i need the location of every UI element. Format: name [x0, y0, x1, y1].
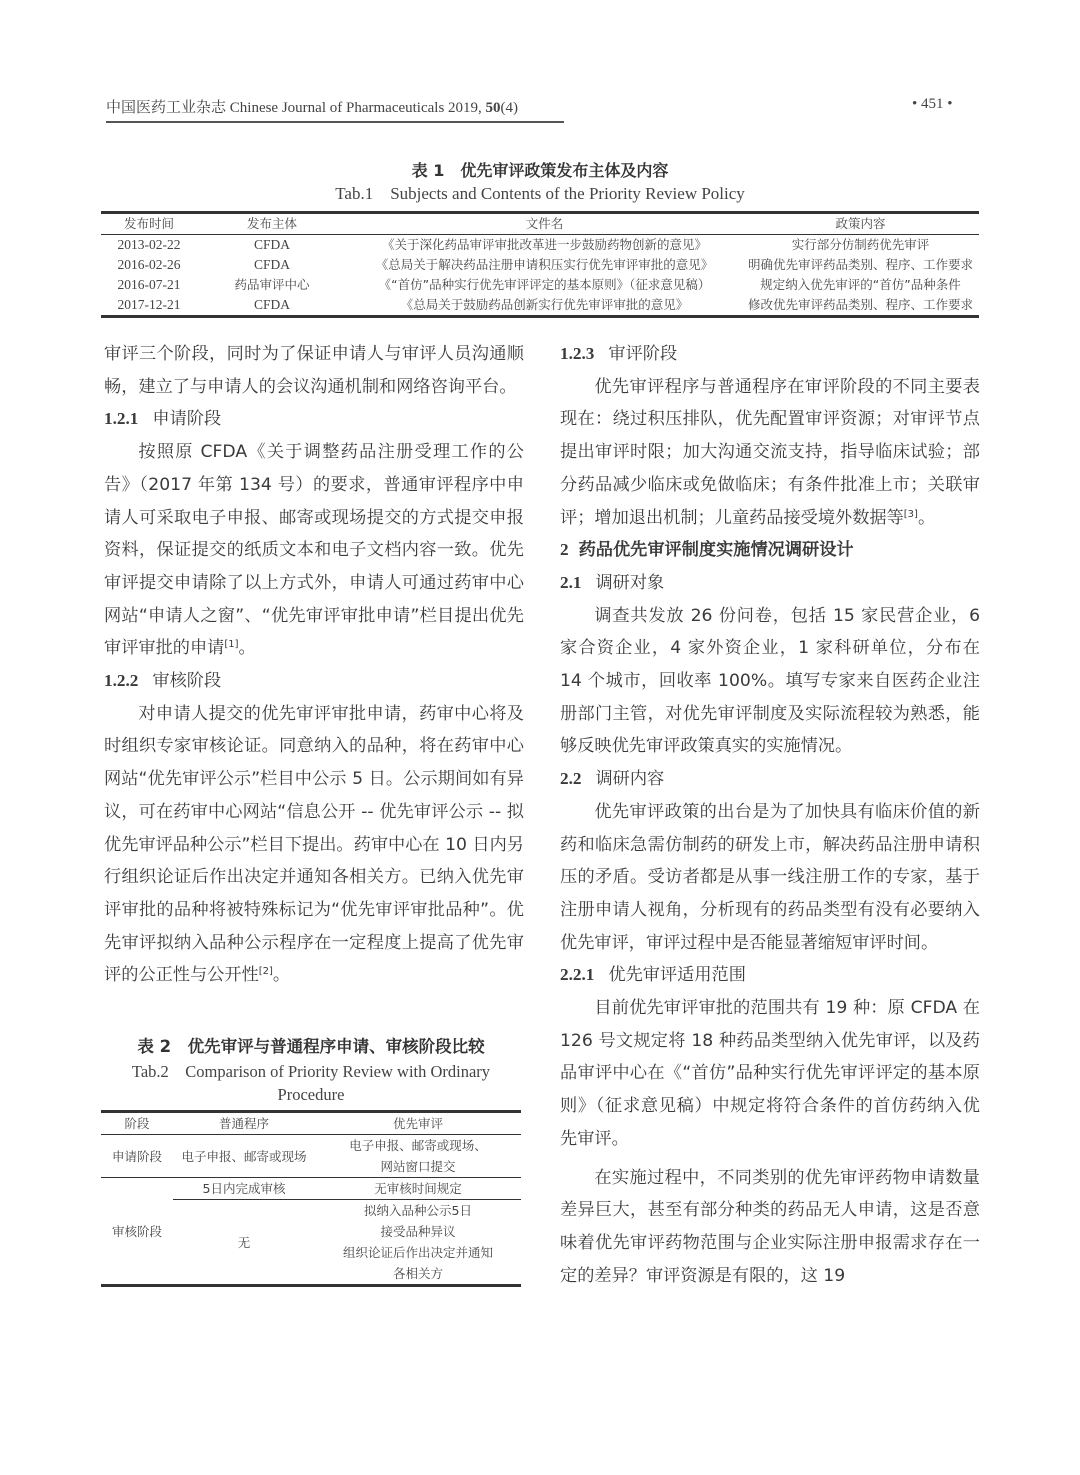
cell-content: 规定纳入优先审评的“首仿”品种条件	[742, 275, 979, 295]
cell-date: 2016-02-26	[101, 255, 197, 275]
paragraph-end: 。	[273, 965, 290, 985]
cell-priority: 电子申报、邮寄或现场、 网站窗口提交	[315, 1135, 521, 1178]
table1-col-document: 文件名	[347, 213, 742, 235]
cell-priority: 拟纳入品种公示5日 接受品种异议 组织论证后作出决定并通知 各相关方	[315, 1200, 521, 1286]
table2-col-ordinary: 普通程序	[173, 1112, 315, 1135]
table2: 阶段 普通程序 优先审评 申请阶段 电子申报、邮寄或现场 电子申报、邮寄或现场、…	[101, 1110, 521, 1287]
section-title: 申请阶段	[152, 409, 221, 429]
table-row: 2016-02-26 CFDA 《总局关于解决药品注册申请积压实行优先审评审批的…	[101, 255, 979, 275]
table1-caption-en: Tab.1 Subjects and Contents of the Prior…	[100, 182, 980, 206]
section-heading-2-2-1: 2.2.1优先审评适用范围	[560, 959, 980, 992]
section-heading-1-2-1: 1.2.1申请阶段	[104, 403, 524, 436]
paragraph: 审评三个阶段，同时为了保证申请人与审评人员沟通顺畅，建立了与申请人的会议沟通机制…	[104, 338, 524, 403]
cell-issuer: CFDA	[197, 235, 347, 256]
table-row: 申请阶段 电子申报、邮寄或现场 电子申报、邮寄或现场、 网站窗口提交	[101, 1135, 521, 1178]
table-row: 2016-07-21 药品审评中心 《“首仿”品种实行优先审评评定的基本原则》（…	[101, 275, 979, 295]
paragraph: 目前优先审评审批的范围共有 19 种：原 CFDA 在 126 号文规定将 18…	[560, 992, 980, 1156]
table1-col-issuer: 发布主体	[197, 213, 347, 235]
table1: 发布时间 发布主体 文件名 政策内容 2013-02-22 CFDA 《关于深化…	[101, 211, 979, 318]
paragraph: 优先审评政策的出台是为了加快具有临床价值的新药和临床急需仿制药的研发上市，解决药…	[560, 796, 980, 960]
section-heading-1-2-2: 1.2.2审核阶段	[104, 665, 524, 698]
table1-col-content: 政策内容	[742, 213, 979, 235]
cell-date: 2017-12-21	[101, 295, 197, 317]
cell-line: 组织论证后作出决定并通知	[315, 1242, 521, 1263]
section-title: 调研内容	[595, 769, 664, 789]
paragraph-text: 对申请人提交的优先审评审批申请，药审中心将及时组织专家审核论证。同意纳入的品种，…	[104, 704, 524, 986]
journal-name-zh: 中国医药工业杂志	[106, 100, 226, 116]
section-title: 审评阶段	[608, 344, 677, 364]
section-number: 2.2	[560, 769, 581, 788]
table1-caption: 表 1 优先审评政策发布主体及内容 Tab.1 Subjects and Con…	[100, 160, 980, 206]
section-number: 1.2.2	[104, 671, 138, 690]
left-column: 审评三个阶段，同时为了保证申请人与审评人员沟通顺畅，建立了与申请人的会议沟通机制…	[104, 338, 524, 992]
table2-header-row: 阶段 普通程序 优先审评	[101, 1112, 521, 1135]
table-row: 2017-12-21 CFDA 《总局关于鼓励药品创新实行优先审评审批的意见》 …	[101, 295, 979, 317]
table2-caption-zh: 表 2 优先审评与普通程序申请、审核阶段比较	[100, 1034, 522, 1060]
cell-line: 拟纳入品种公示5日	[315, 1200, 521, 1221]
paragraph: 在实施过程中，不同类别的优先审评药物申请数量差异巨大，甚至有部分种类的药品无人申…	[560, 1162, 980, 1293]
table2-caption-en-line2: Procedure	[100, 1083, 522, 1106]
section-number: 1.2.1	[104, 409, 138, 428]
section-number: 2.2.1	[560, 965, 594, 984]
cell-issuer: 药品审评中心	[197, 275, 347, 295]
cell-stage: 审核阶段	[101, 1178, 173, 1286]
paragraph: 优先审评程序与普通程序在审评阶段的不同主要表现在：绕过积压排队，优先配置审评资源…	[560, 371, 980, 535]
cell-document: 《关于深化药品审评审批改革进一步鼓励药物创新的意见》	[347, 235, 742, 256]
table2-col-priority: 优先审评	[315, 1112, 521, 1135]
cell-priority: 无审核时间规定	[315, 1178, 521, 1200]
section-number: 1.2.3	[560, 344, 594, 363]
cell-content: 实行部分仿制药优先审评	[742, 235, 979, 256]
paragraph: 按照原 CFDA《关于调整药品注册受理工作的公告》（2017 年第 134 号）…	[104, 436, 524, 665]
cell-line: 网站窗口提交	[315, 1156, 521, 1177]
cell-line: 电子申报、邮寄或现场、	[315, 1135, 521, 1156]
table-row: 2013-02-22 CFDA 《关于深化药品审评审批改革进一步鼓励药物创新的意…	[101, 235, 979, 256]
section-title: 调研对象	[595, 573, 664, 593]
right-column: 1.2.3审评阶段 优先审评程序与普通程序在审评阶段的不同主要表现在：绕过积压排…	[560, 338, 980, 1292]
cell-date: 2013-02-22	[101, 235, 197, 256]
cell-content: 修改优先审评药品类别、程序、工作要求	[742, 295, 979, 317]
paragraph: 对申请人提交的优先审评审批申请，药审中心将及时组织专家审核论证。同意纳入的品种，…	[104, 698, 524, 992]
cell-issuer: CFDA	[197, 255, 347, 275]
cell-line: 接受品种异议	[315, 1221, 521, 1242]
section-title: 优先审评适用范围	[608, 965, 746, 985]
table1-caption-zh: 表 1 优先审评政策发布主体及内容	[100, 160, 980, 182]
cell-document: 《总局关于鼓励药品创新实行优先审评审批的意见》	[347, 295, 742, 317]
section-heading-2-1: 2.1调研对象	[560, 567, 980, 600]
section-number: 2.1	[560, 573, 581, 592]
cell-ordinary: 电子申报、邮寄或现场	[173, 1135, 315, 1178]
section-title: 药品优先审评制度实施情况调研设计	[579, 540, 854, 560]
cell-stage: 申请阶段	[101, 1135, 173, 1178]
table1-header-row: 发布时间 发布主体 文件名 政策内容	[101, 213, 979, 235]
running-header: 中国医药工业杂志 Chinese Journal of Pharmaceutic…	[106, 96, 564, 123]
journal-issue: (4)	[501, 100, 519, 116]
cell-line: 各相关方	[315, 1263, 521, 1284]
citation-ref: [3]	[904, 509, 918, 520]
section-heading-2: 2药品优先审评制度实施情况调研设计	[560, 534, 980, 567]
journal-volume: 50	[486, 100, 501, 116]
table1-col-date: 发布时间	[101, 213, 197, 235]
paragraph: 调查共发放 26 份问卷，包括 15 家民营企业，6 家合资企业，4 家外资企业…	[560, 600, 980, 764]
paragraph-text: 优先审评程序与普通程序在审评阶段的不同主要表现在：绕过积压排队，优先配置审评资源…	[560, 377, 980, 528]
citation-ref: [1]	[224, 639, 238, 650]
table-row: 审核阶段 5日内完成审核 无审核时间规定	[101, 1178, 521, 1200]
journal-name-en: Chinese Journal of Pharmaceuticals 2019,	[230, 100, 482, 116]
cell-date: 2016-07-21	[101, 275, 197, 295]
section-heading-1-2-3: 1.2.3审评阶段	[560, 338, 980, 371]
section-title: 审核阶段	[152, 671, 221, 691]
paragraph-end: 。	[918, 508, 935, 528]
section-heading-2-2: 2.2调研内容	[560, 763, 980, 796]
cell-document: 《“首仿”品种实行优先审评评定的基本原则》（征求意见稿）	[347, 275, 742, 295]
page-number: • 451 •	[912, 96, 953, 113]
cell-content: 明确优先审评药品类别、程序、工作要求	[742, 255, 979, 275]
cell-document: 《总局关于解决药品注册申请积压实行优先审评审批的意见》	[347, 255, 742, 275]
paragraph-end: 。	[239, 638, 256, 658]
cell-ordinary: 5日内完成审核	[173, 1178, 315, 1200]
table2-caption: 表 2 优先审评与普通程序申请、审核阶段比较 Tab.2 Comparison …	[100, 1034, 522, 1106]
cell-ordinary: 无	[173, 1200, 315, 1286]
journal-page: 中国医药工业杂志 Chinese Journal of Pharmaceutic…	[0, 0, 1080, 1475]
citation-ref: [2]	[259, 966, 273, 977]
paragraph-text: 按照原 CFDA《关于调整药品注册受理工作的公告》（2017 年第 134 号）…	[104, 442, 524, 658]
section-number: 2	[560, 540, 569, 559]
table2-col-stage: 阶段	[101, 1112, 173, 1135]
cell-issuer: CFDA	[197, 295, 347, 317]
table2-caption-en-line1: Tab.2 Comparison of Priority Review with…	[100, 1060, 522, 1083]
